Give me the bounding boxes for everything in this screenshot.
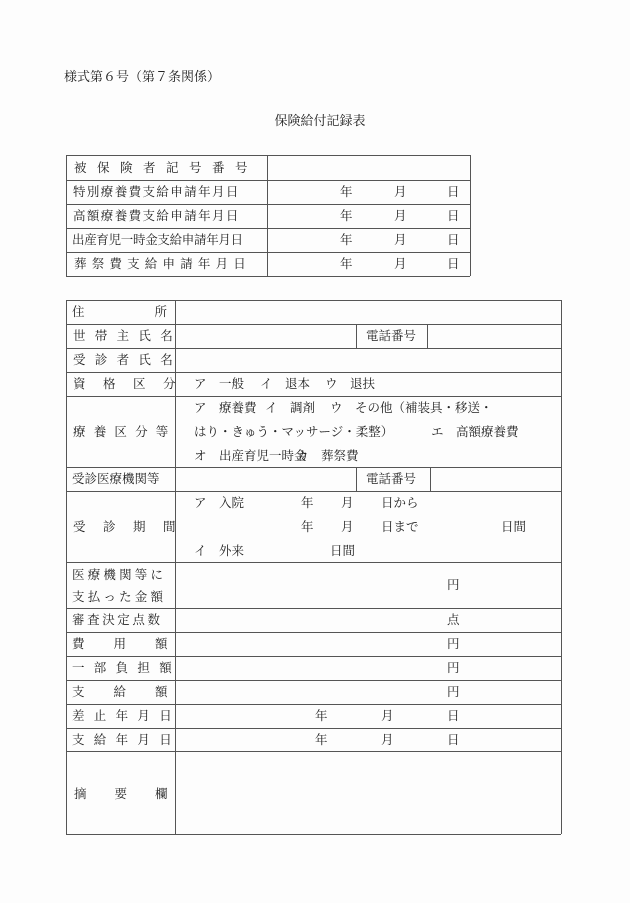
householder-label: 世帯主氏名	[73, 329, 182, 343]
from-label: 日から	[381, 496, 419, 510]
insured-number-field[interactable]	[268, 156, 469, 179]
yen-unit: 円	[447, 685, 460, 699]
phone-label: 電話番号	[366, 329, 416, 343]
outpatient-label[interactable]: イ 外来	[194, 544, 244, 558]
month-label: 月	[381, 733, 394, 747]
care-option-a[interactable]: ア 療養費	[194, 401, 257, 415]
month-label: 月	[394, 209, 407, 223]
address-field[interactable]	[176, 301, 560, 323]
day-label: 日	[447, 185, 460, 199]
childbirth-date-label: 出産育児一時金支給申請年月日	[72, 233, 243, 247]
year-label: 年	[340, 185, 353, 199]
qualification-option-dependent[interactable]: ウ 退扶	[325, 377, 375, 391]
cost-label: 費用額	[72, 637, 197, 651]
year-label: 年	[340, 233, 353, 247]
until-label: 日まで	[381, 520, 419, 534]
institution-phone-field[interactable]	[431, 468, 560, 490]
month-label: 月	[394, 233, 407, 247]
outpatient-days-label: 日間	[330, 544, 355, 558]
care-option-ka[interactable]: カ 葬祭費	[296, 449, 359, 463]
high-cost-date-label: 高額療養費支給申請年月日	[73, 209, 240, 223]
special-care-date-label: 特別療養費支給申請年月日	[73, 185, 240, 199]
paid-label-line2: 支払った金額	[72, 590, 166, 604]
day-label: 日	[447, 733, 460, 747]
year-label: 年	[301, 496, 314, 510]
yen-unit: 円	[447, 637, 460, 651]
points-label: 審査決定点数	[72, 613, 163, 627]
yen-unit: 円	[447, 661, 460, 675]
care-option-u-continued: はり・きゅう・マッサージ・柔整）	[194, 425, 393, 439]
month-label: 月	[341, 496, 354, 510]
care-type-label: 療養区分等	[73, 425, 177, 439]
month-label: 月	[381, 709, 394, 723]
yen-unit: 円	[447, 578, 460, 592]
year-label: 年	[301, 520, 314, 534]
year-label: 年	[340, 209, 353, 223]
form-number: 様式第６号（第７条関係）	[64, 66, 220, 85]
qualification-option-retired[interactable]: イ 退本	[260, 377, 310, 391]
funeral-date-label: 葬祭費支給申請年月日	[74, 257, 251, 271]
day-label: 日	[447, 709, 460, 723]
care-option-o[interactable]: オ 出産育児一時金	[194, 449, 307, 463]
year-label: 年	[315, 733, 328, 747]
householder-field[interactable]	[176, 325, 355, 347]
period-label: 受診期間	[73, 520, 193, 534]
copay-label: 一部負担額	[72, 661, 181, 675]
days-label: 日間	[501, 520, 526, 534]
points-unit: 点	[447, 613, 460, 627]
stop-date-label: 差止年月日	[72, 709, 181, 723]
remarks-field[interactable]	[176, 752, 560, 833]
inpatient-label[interactable]: ア 入院	[194, 496, 244, 510]
page-title: 保険給付記録表	[0, 110, 630, 129]
day-label: 日	[447, 257, 460, 271]
institution-label: 受診医療機関等	[72, 472, 160, 486]
month-label: 月	[394, 257, 407, 271]
month-label: 月	[341, 520, 354, 534]
year-label: 年	[315, 709, 328, 723]
care-option-e[interactable]: エ 高額療養費	[431, 425, 519, 439]
month-label: 月	[394, 185, 407, 199]
institution-field[interactable]	[176, 468, 355, 490]
year-label: 年	[340, 257, 353, 271]
care-option-u[interactable]: ウ その他（補装具・移送・	[330, 401, 493, 415]
qualification-label: 資格区分	[73, 377, 193, 391]
qualification-option-general[interactable]: ア 一般	[194, 377, 244, 391]
payment-label: 支給額	[72, 685, 197, 699]
day-label: 日	[447, 233, 460, 247]
patient-field[interactable]	[176, 349, 560, 371]
institution-phone-label: 電話番号	[366, 472, 416, 486]
pay-date-label: 支給年月日	[72, 733, 181, 747]
care-option-i[interactable]: イ 調剤	[265, 401, 315, 415]
paid-label-line1: 医療機関等に	[72, 568, 166, 582]
insured-number-label: 被保険者記号番号	[74, 161, 254, 175]
patient-label: 受診者氏名	[73, 353, 182, 367]
phone-field[interactable]	[428, 325, 560, 347]
day-label: 日	[447, 209, 460, 223]
